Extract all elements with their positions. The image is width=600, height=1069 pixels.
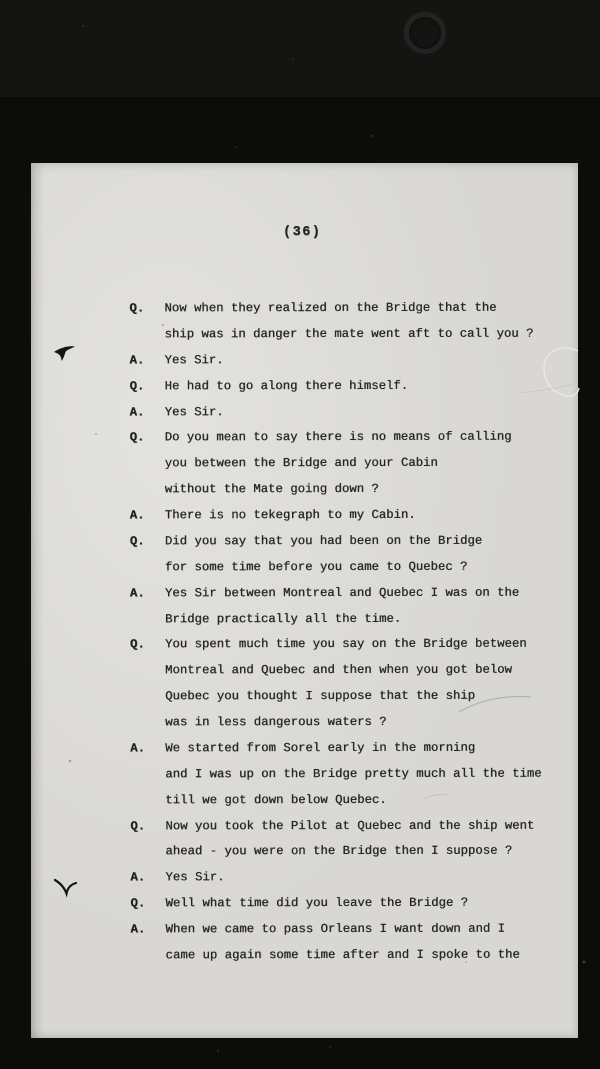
transcript-line: you between the Bridge and your Cabin [130,456,570,483]
transcript-text: When we came to pass Orleans I want down… [165,922,504,938]
transcript-line: Q.Well what time did you leave the Bridg… [130,896,570,923]
film-speck [217,1050,219,1052]
transcript-line: was in less dangerous waters ? [130,715,570,742]
film-speck [583,961,586,964]
transcript-line: Q.You spent much time you say on the Bri… [130,637,570,664]
transcript-line: A.Yes Sir between Montreal and Quebec I … [130,585,570,612]
transcript-text: You spent much time you say on the Bridg… [165,637,527,653]
page-number: (36) [283,225,321,240]
speaker-label: Q. [129,301,164,316]
transcript-text: Montreal and Quebec and then when you go… [165,663,512,679]
transcript-line: A.We started from Sorel early in the mor… [130,740,570,767]
camera-lens-ring-icon [404,12,446,54]
speaker-label: Q. [130,379,165,394]
transcript-text: for some time before you came to Quebec … [165,560,468,576]
transcript-text: till we got down below Quebec. [165,793,386,808]
film-speck [371,135,373,137]
transcript-text: Now when they realized on the Bridge tha… [164,301,496,317]
transcript-text: was in less dangerous waters ? [165,715,386,730]
transcript-text: Bridge practically all the time. [165,611,401,626]
transcript-text: Yes Sir. [165,353,224,368]
transcript-line: A.Yes Sir. [130,352,570,379]
transcript: Q.Now when they realized on the Bridge t… [129,301,570,975]
speaker-label: Q. [130,896,165,911]
transcript-text: ahead - you were on the Bridge then I su… [165,844,512,860]
speaker-label: A. [130,405,165,420]
transcript-line: and I was up on the Bridge pretty much a… [130,766,570,793]
transcript-text: and I was up on the Bridge pretty much a… [165,766,541,782]
transcript-line: came up again some time after and I spok… [131,947,571,974]
transcript-text: came up again some time after and I spok… [166,948,520,964]
transcript-text: Did you say that you had been on the Bri… [165,534,482,550]
transcript-text: Yes Sir. [165,405,224,420]
transcript-text: Yes Sir between Montreal and Quebec I wa… [165,585,519,601]
transcript-text: We started from Sorel early in the morni… [165,741,475,757]
transcript-text: He had to go along there himself. [165,379,409,394]
photo-top-band [0,0,600,99]
transcript-line: without the Mate going down ? [130,482,570,509]
transcript-text: ship was in danger the mate went aft to … [164,327,533,343]
transcript-text: Well what time did you leave the Bridge … [165,896,468,912]
transcript-line: A.There is no tekegraph to my Cabin. [130,508,570,535]
transcript-line: Q.Now when they realized on the Bridge t… [129,301,569,328]
transcript-line: Q.Now you took the Pilot at Quebec and t… [130,818,570,845]
speaker-label: Q. [130,431,165,446]
transcript-line: ahead - you were on the Bridge then I su… [130,844,570,871]
transcript-text: Yes Sir. [165,870,224,885]
transcript-text: without the Mate going down ? [165,482,379,497]
transcript-line: Q.Did you say that you had been on the B… [130,533,570,560]
transcript-line: till we got down below Quebec. [130,792,570,819]
transcript-line: Q.He had to go along there himself. [130,378,570,405]
transcript-line: A.Yes Sir. [130,870,570,897]
speaker-label: A. [130,508,165,523]
speaker-label: Q. [130,819,165,834]
film-speck [329,1046,331,1048]
transcript-text: you between the Bridge and your Cabin [165,456,438,471]
transcript-line: Bridge practically all the time. [130,611,570,638]
transcript-line: A.Yes Sir. [130,404,570,431]
speaker-label: A. [130,922,165,937]
transcript-line: ship was in danger the mate went aft to … [129,326,569,353]
document-page: (36) Q.Now when they realized on the Bri… [31,163,578,1038]
speaker-label: Q. [130,534,165,549]
transcript-line: A.When we came to pass Orleans I want do… [130,922,570,949]
speaker-label: A. [130,353,165,368]
scanned-document-photo: (36) Q.Now when they realized on the Bri… [0,0,600,1069]
transcript-line: for some time before you came to Quebec … [130,559,570,586]
transcript-text: There is no tekegraph to my Cabin. [165,508,416,523]
transcript-text: Do you mean to say there is no means of … [165,430,512,446]
transcript-line: Montreal and Quebec and then when you go… [130,663,570,690]
speaker-label: Q. [130,638,165,653]
transcript-line: Quebec you thought I suppose that the sh… [130,689,570,716]
transcript-text: Now you took the Pilot at Quebec and the… [165,818,534,834]
film-speck [235,146,237,148]
transcript-line: Q.Do you mean to say there is no means o… [130,430,570,457]
speaker-label: A. [130,586,165,601]
transcript-text: Quebec you thought I suppose that the sh… [165,689,475,705]
speaker-label: A. [130,741,165,756]
speaker-label: A. [130,871,165,886]
